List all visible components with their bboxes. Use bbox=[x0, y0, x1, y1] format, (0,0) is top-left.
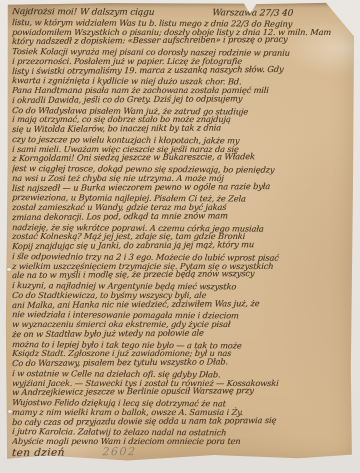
letter-scan: Najdrożsi moi! W dalszym ciągu Warszawa … bbox=[0, 0, 360, 473]
letter-line: Kopij znajdując się u Janki, do zabrania… bbox=[12, 239, 351, 251]
paper-hole bbox=[7, 268, 11, 271]
letter-closing-line: ten dzień 2602 bbox=[12, 445, 351, 457]
letter-line: że on w Stadtław było już wtedy na połow… bbox=[12, 327, 351, 339]
letter-line: się u Witolda Kielarów, bo inaczej nikt … bbox=[12, 122, 351, 134]
letter-line: w Andrzejkiewicz jeszcze w Berlinie opuś… bbox=[12, 386, 351, 398]
inventory-number: 2602 bbox=[102, 445, 137, 457]
letter-body: listu, w którym widziałem Was tu b. list… bbox=[12, 18, 351, 447]
letter-text: Najdrożsi moi! W dalszym ciągu Warszawa … bbox=[12, 8, 351, 457]
letter-line: i okradli Dawida, jeśli co do Grety. Dzi… bbox=[12, 93, 351, 105]
letter-closing: ten dzień bbox=[12, 446, 65, 457]
letter-paper: Najdrożsi moi! W dalszym ciągu Warszawa … bbox=[5, 2, 354, 461]
letter-line: Co do Warszawy, pisałem bez tytułu wszys… bbox=[12, 356, 351, 368]
letter-line: zmiana dekoracji. Los pod, odkąd ta mnie… bbox=[12, 210, 351, 222]
letter-line: ale na to w myśli i modlę się, że przeci… bbox=[12, 269, 351, 281]
letter-line: który nadszedł z dopiskiem: «Besser aufs… bbox=[12, 35, 351, 47]
letter-line: z Korngoldami! Oni siedzą jeszcze w Buka… bbox=[12, 152, 351, 164]
